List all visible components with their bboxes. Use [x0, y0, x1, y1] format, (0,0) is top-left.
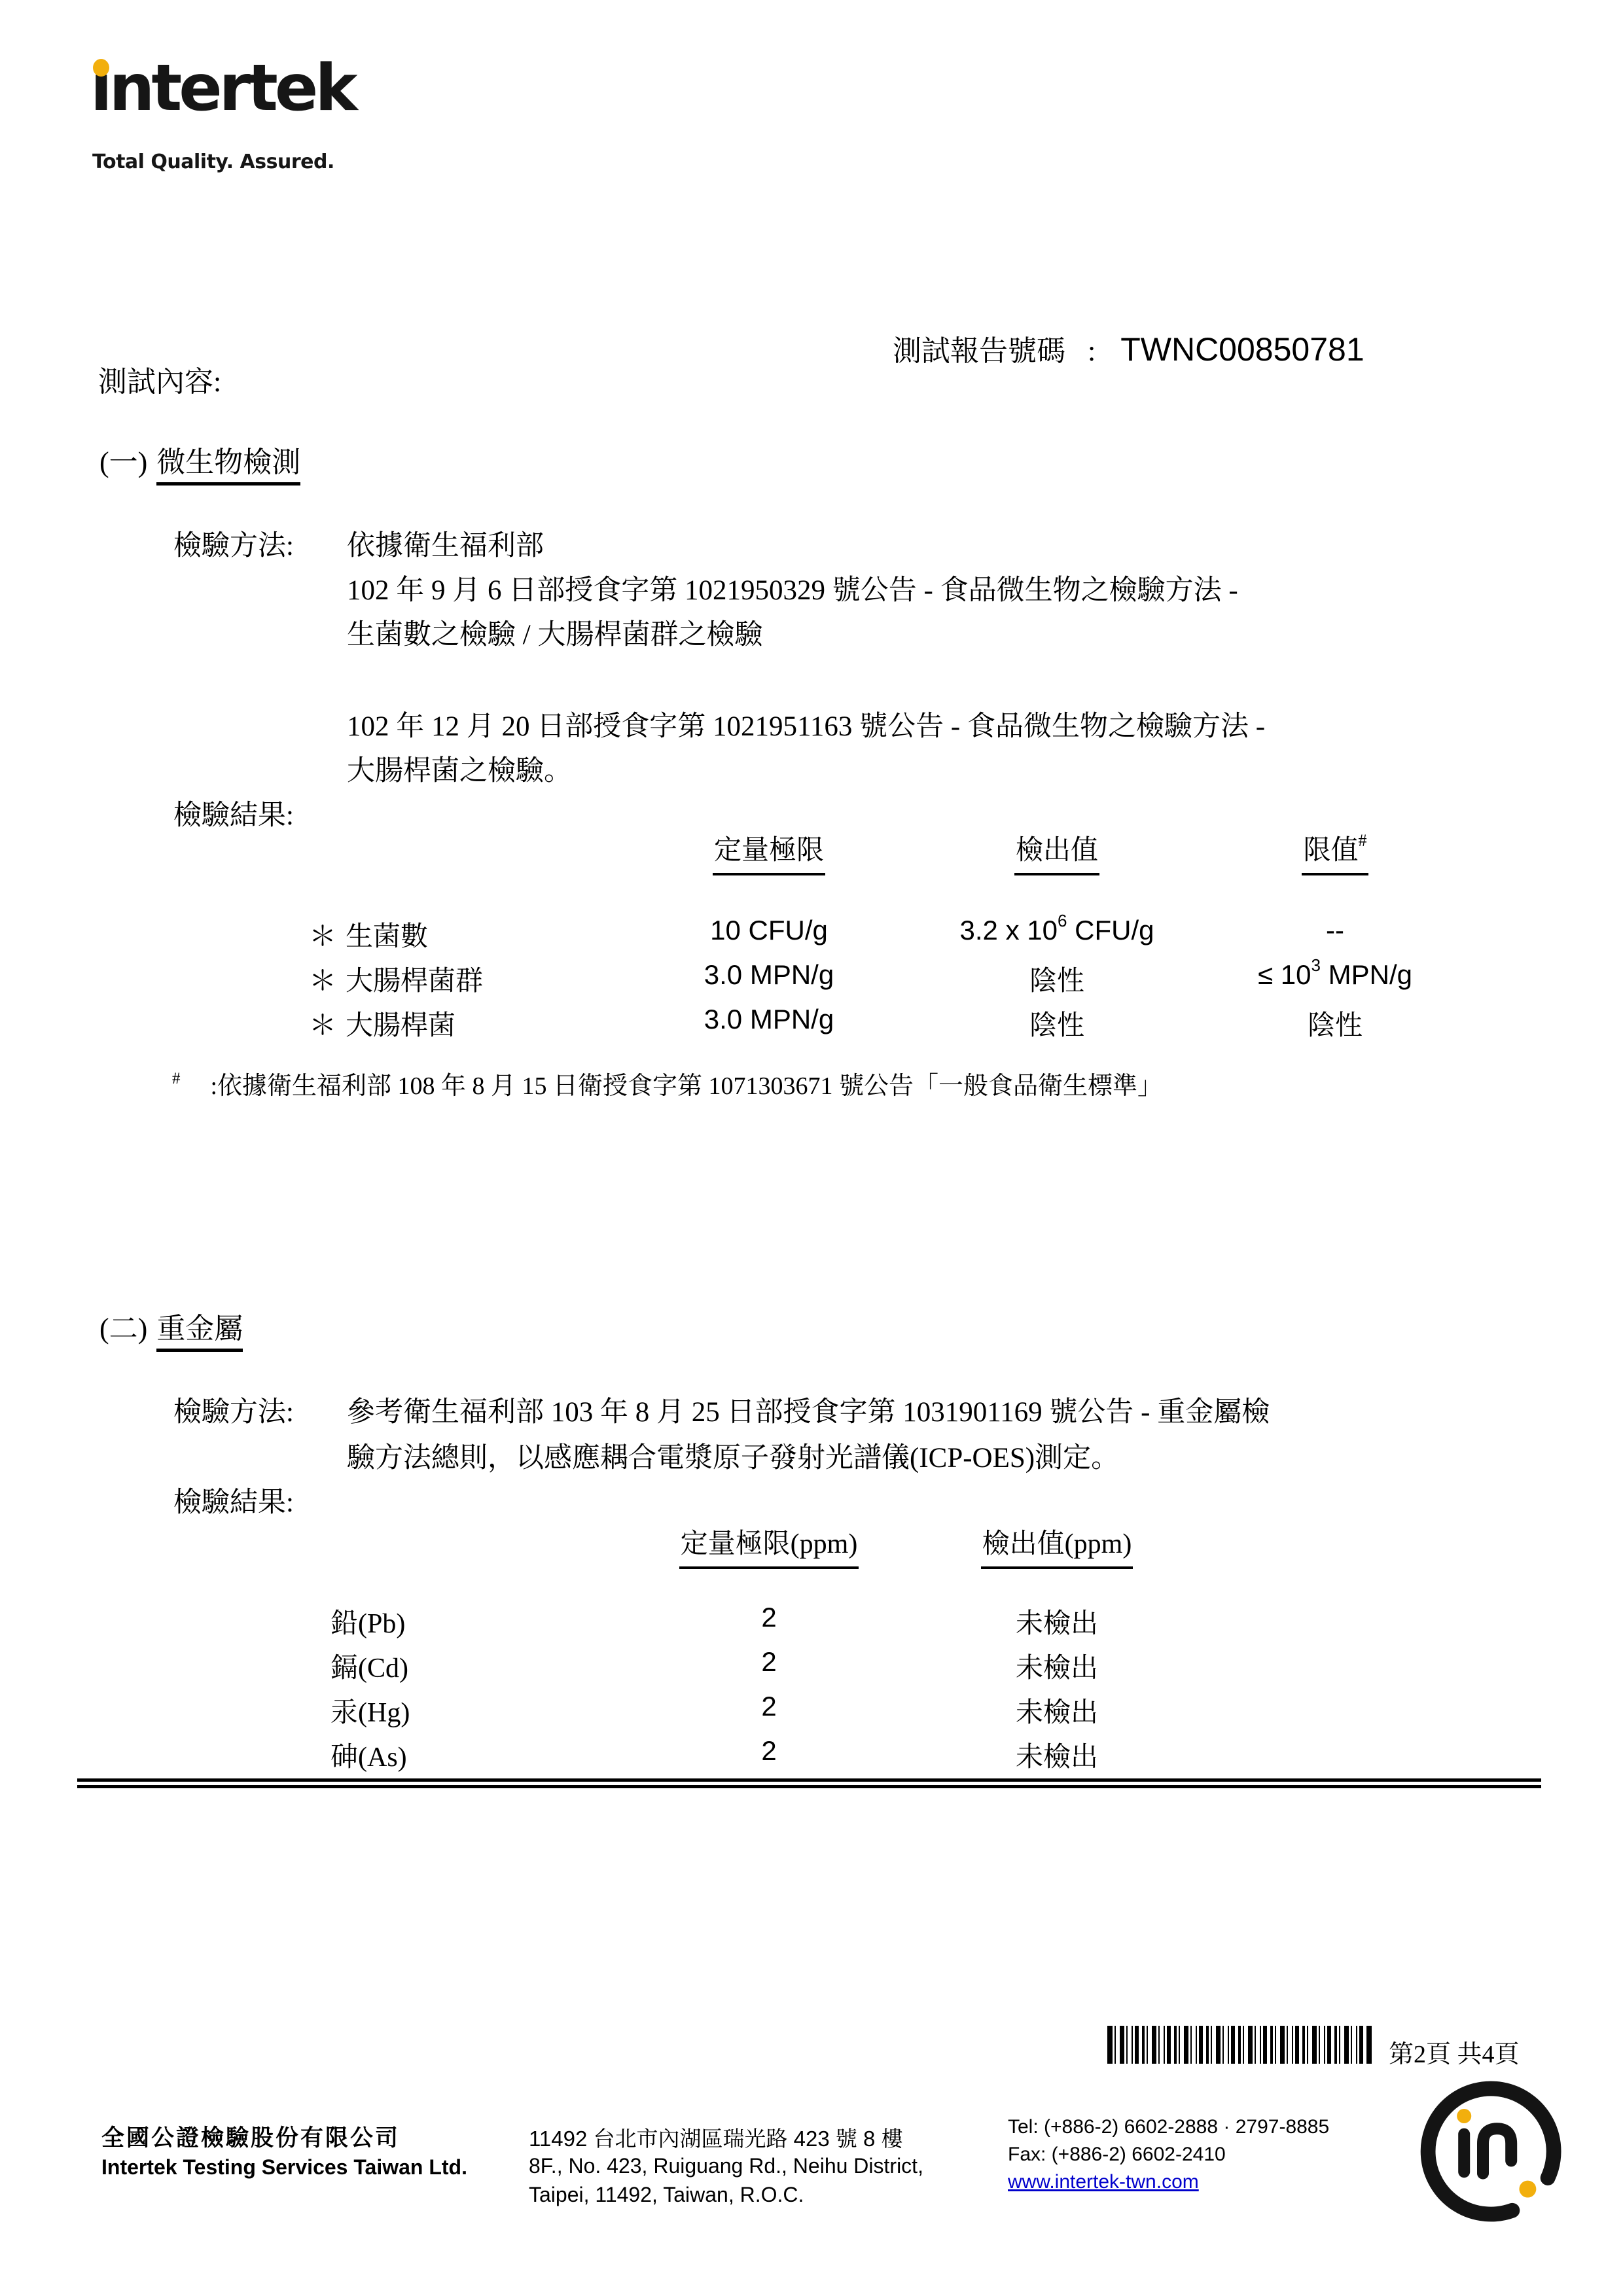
footer-address-zh: 11492 台北市內湖區瑞光路 423 號 8 樓: [529, 2122, 903, 2153]
logo-yellow-dot-icon: [93, 59, 109, 77]
barcode: [1107, 2026, 1372, 2064]
in-mark-letters: [1464, 2128, 1511, 2173]
row-marker: ＊: [309, 1011, 336, 1041]
section-2-title: 重金屬: [156, 1313, 243, 1352]
page-indicator: 第2頁 共4頁: [1389, 2034, 1520, 2070]
footer-address-en-line1: 8F., No. 423, Ruiguang Rd., Neihu Distri…: [529, 2154, 923, 2178]
loq-value: 2: [628, 1646, 910, 1678]
report-number-row: 測試報告號碼 : TWNC00850781: [893, 327, 1364, 369]
in-mark-graphic: [1412, 2073, 1569, 2230]
test-report-page: ıntertek Total Quality. Assured. 測試報告號碼 …: [0, 0, 1623, 2296]
footnote-text: :依據衛生福利部 108 年 8 月 15 日衛授食字第 1071303671 …: [211, 1072, 1163, 1100]
row-marker: ＊: [309, 966, 336, 997]
report-number-value: TWNC00850781: [1120, 330, 1364, 368]
item-label: 汞(Hg): [330, 1691, 605, 1730]
method-line: 驗方法總則，以感應耦合電漿原子發射光譜儀(ICP-OES)測定。: [347, 1436, 1119, 1475]
method-line: 依據衛生福利部: [347, 523, 544, 563]
method-line: 參考衛生福利部 103 年 8 月 25 日部授食字第 1031901169 號…: [347, 1390, 1270, 1430]
column-header-detected: 檢出值(ppm): [916, 1522, 1198, 1569]
detected-value: 陰性: [929, 959, 1185, 998]
report-number-label: 測試報告號碼: [893, 327, 1065, 369]
report-number-colon: :: [1088, 334, 1096, 368]
item-label: 大腸桿菌: [346, 1011, 455, 1041]
logo-tagline: Total Quality. Assured.: [92, 150, 334, 173]
method-line: 生菌數之檢驗 / 大腸桿菌群之檢驗: [347, 612, 762, 652]
in-mark-circle: [1428, 2089, 1554, 2214]
footnote: #:依據衛生福利部 108 年 8 月 15 日衛授食字第 1071303671…: [172, 1065, 1162, 1101]
section-2-number: (二): [99, 1313, 147, 1345]
test-content-label: 測試內容:: [98, 365, 221, 400]
method-line: 102 年 9 月 6 日部授食字第 1021950329 號公告 - 食品微生…: [347, 568, 1238, 608]
footer-company-name-en: Intertek Testing Services Taiwan Ltd.: [101, 2155, 467, 2180]
section-1-heading: (一)微生物檢測: [99, 438, 300, 480]
item-label: 大腸桿菌群: [346, 966, 483, 997]
intertek-wordmark: ıntertek: [90, 56, 355, 120]
loq-value: 10 CFU/g: [641, 915, 897, 946]
detected-value: 未檢出: [916, 1602, 1198, 1641]
in-mark-gap-dot: [1519, 2181, 1536, 2198]
column-header-loq: 定量極限: [641, 828, 897, 875]
detected-value: 未檢出: [916, 1646, 1198, 1686]
detected-value: 未檢出: [916, 1691, 1198, 1730]
section-1-method-label: 檢驗方法:: [173, 523, 294, 563]
method-line: 大腸桿菌之檢驗。: [347, 749, 572, 788]
loq-value: 3.0 MPN/g: [641, 959, 897, 991]
row-marker: ＊: [309, 922, 336, 952]
detected-value: 3.2 x 106 CFU/g: [929, 915, 1185, 946]
loq-value: 2: [628, 1735, 910, 1767]
section-2-result-label: 檢驗結果:: [173, 1480, 294, 1520]
column-header-detected: 檢出值: [929, 828, 1185, 875]
method-line: 102 年 12 月 20 日部授食字第 1021951163 號公告 - 食品…: [347, 704, 1265, 744]
intertek-wordmark-text: ıntertek: [90, 51, 355, 126]
detected-value: 未檢出: [916, 1735, 1198, 1775]
limit-value: 陰性: [1204, 1004, 1466, 1043]
column-header-limit: 限值#: [1204, 828, 1466, 875]
footer-address-en-line2: Taipei, 11492, Taiwan, R.O.C.: [529, 2183, 804, 2207]
limit-value: ≤ 103 MPN/g: [1204, 959, 1466, 991]
footer-website-link[interactable]: www.intertek-twn.com: [1008, 2171, 1199, 2193]
loq-value: 2: [628, 1691, 910, 1722]
section-2-heading: (二)重金屬: [99, 1305, 243, 1347]
item-label: 鉛(Pb): [330, 1602, 605, 1641]
item-label: 砷(As): [330, 1735, 605, 1775]
footnote-marker: #: [172, 1070, 181, 1087]
loq-value: 3.0 MPN/g: [641, 1004, 897, 1035]
footer-fax: Fax: (+886-2) 6602-2410: [1008, 2144, 1226, 2166]
section-2-method-label: 檢驗方法:: [173, 1390, 294, 1430]
limit-header-superscript: #: [1359, 831, 1367, 850]
in-mark-i-dot: [1457, 2109, 1471, 2123]
detected-value: 陰性: [929, 1004, 1185, 1043]
column-header-loq: 定量極限(ppm): [628, 1522, 910, 1569]
item-label: 生菌數: [346, 922, 428, 952]
loq-value: 2: [628, 1602, 910, 1633]
section-1-result-label: 檢驗結果:: [173, 793, 294, 833]
limit-value: --: [1204, 915, 1466, 946]
section-divider-rule: [77, 1778, 1541, 1788]
footer-company-name-zh: 全國公證檢驗股份有限公司: [101, 2120, 400, 2153]
section-1-number: (一): [99, 446, 147, 478]
section-1-title: 微生物檢測: [156, 446, 300, 486]
item-label: 鎘(Cd): [330, 1646, 605, 1686]
intertek-in-mark: [1412, 2073, 1569, 2233]
footer-tel: Tel: (+886-2) 6602-2888 · 2797-8885: [1008, 2116, 1329, 2138]
